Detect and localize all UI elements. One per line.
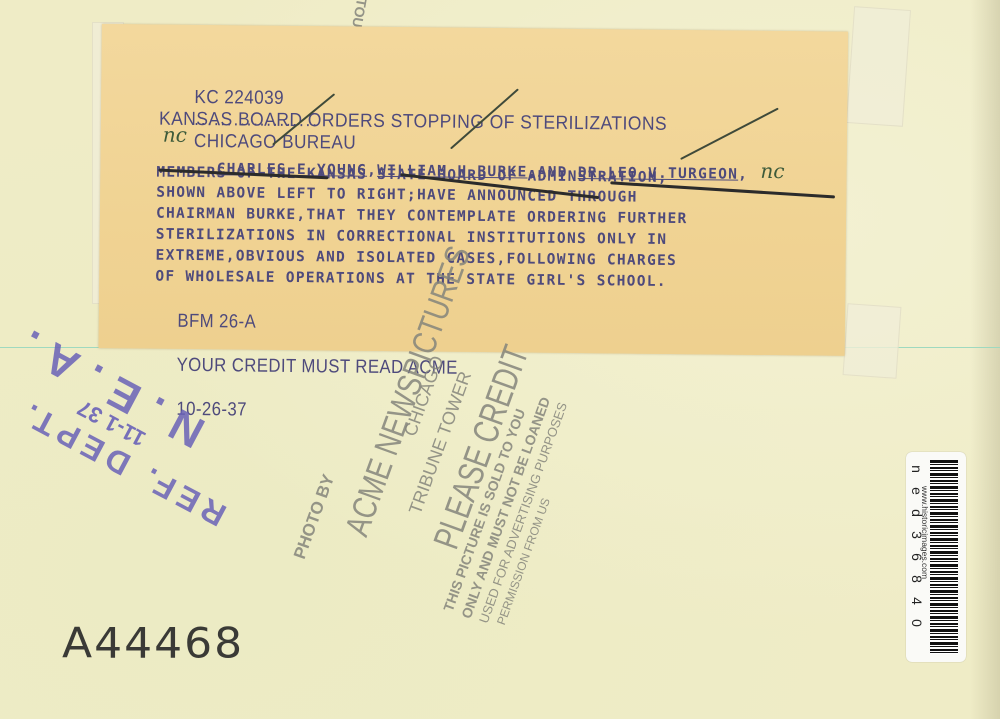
caption-separator: , <box>738 167 748 183</box>
caption-body-line: CHAIRMAN BURKE,THAT THEY CONTEMPLATE ORD… <box>156 206 688 228</box>
paper-edge-shadow <box>970 0 1000 719</box>
barcode-char: n <box>906 462 928 476</box>
barcode-url: www.historicimages.com <box>920 486 930 579</box>
acme-stamp-photo-by: PHOTO BY <box>290 472 339 562</box>
barcode-char: 4 <box>906 594 928 608</box>
barcode-label: n e d 3 6 8 4 0 www.historicimages.com <box>906 452 966 662</box>
handwritten-archive-id: A44468 <box>62 619 244 667</box>
tape-strip-bottom-right <box>843 303 902 379</box>
caption-body-line: STERILIZATIONS IN CORRECTIONAL INSTITUTI… <box>156 227 668 248</box>
top-stamp-fragment: TOU <box>349 0 370 29</box>
caption-body-line: EXTREME,OBVIOUS AND ISOLATED CASES,FOLLO… <box>155 248 677 269</box>
barcode-icon <box>930 460 958 654</box>
barcode-char: 0 <box>906 616 928 630</box>
nea-ref-dept-stamp: N.E.A. 11-1 37 REF. DEPT. <box>0 330 260 530</box>
pen-annotation-nc-right: nc <box>760 159 784 183</box>
caption-body-line: OF WHOLESALE OPERATIONS AT THE STATE GIR… <box>155 269 667 290</box>
caption-id: KC 224039 <box>194 87 284 109</box>
caption-slip: KC 224039 ................... CHICAGO BU… <box>99 24 848 356</box>
tape-strip-top-right <box>846 6 911 127</box>
pen-annotation-nc-left: nc <box>163 123 187 147</box>
